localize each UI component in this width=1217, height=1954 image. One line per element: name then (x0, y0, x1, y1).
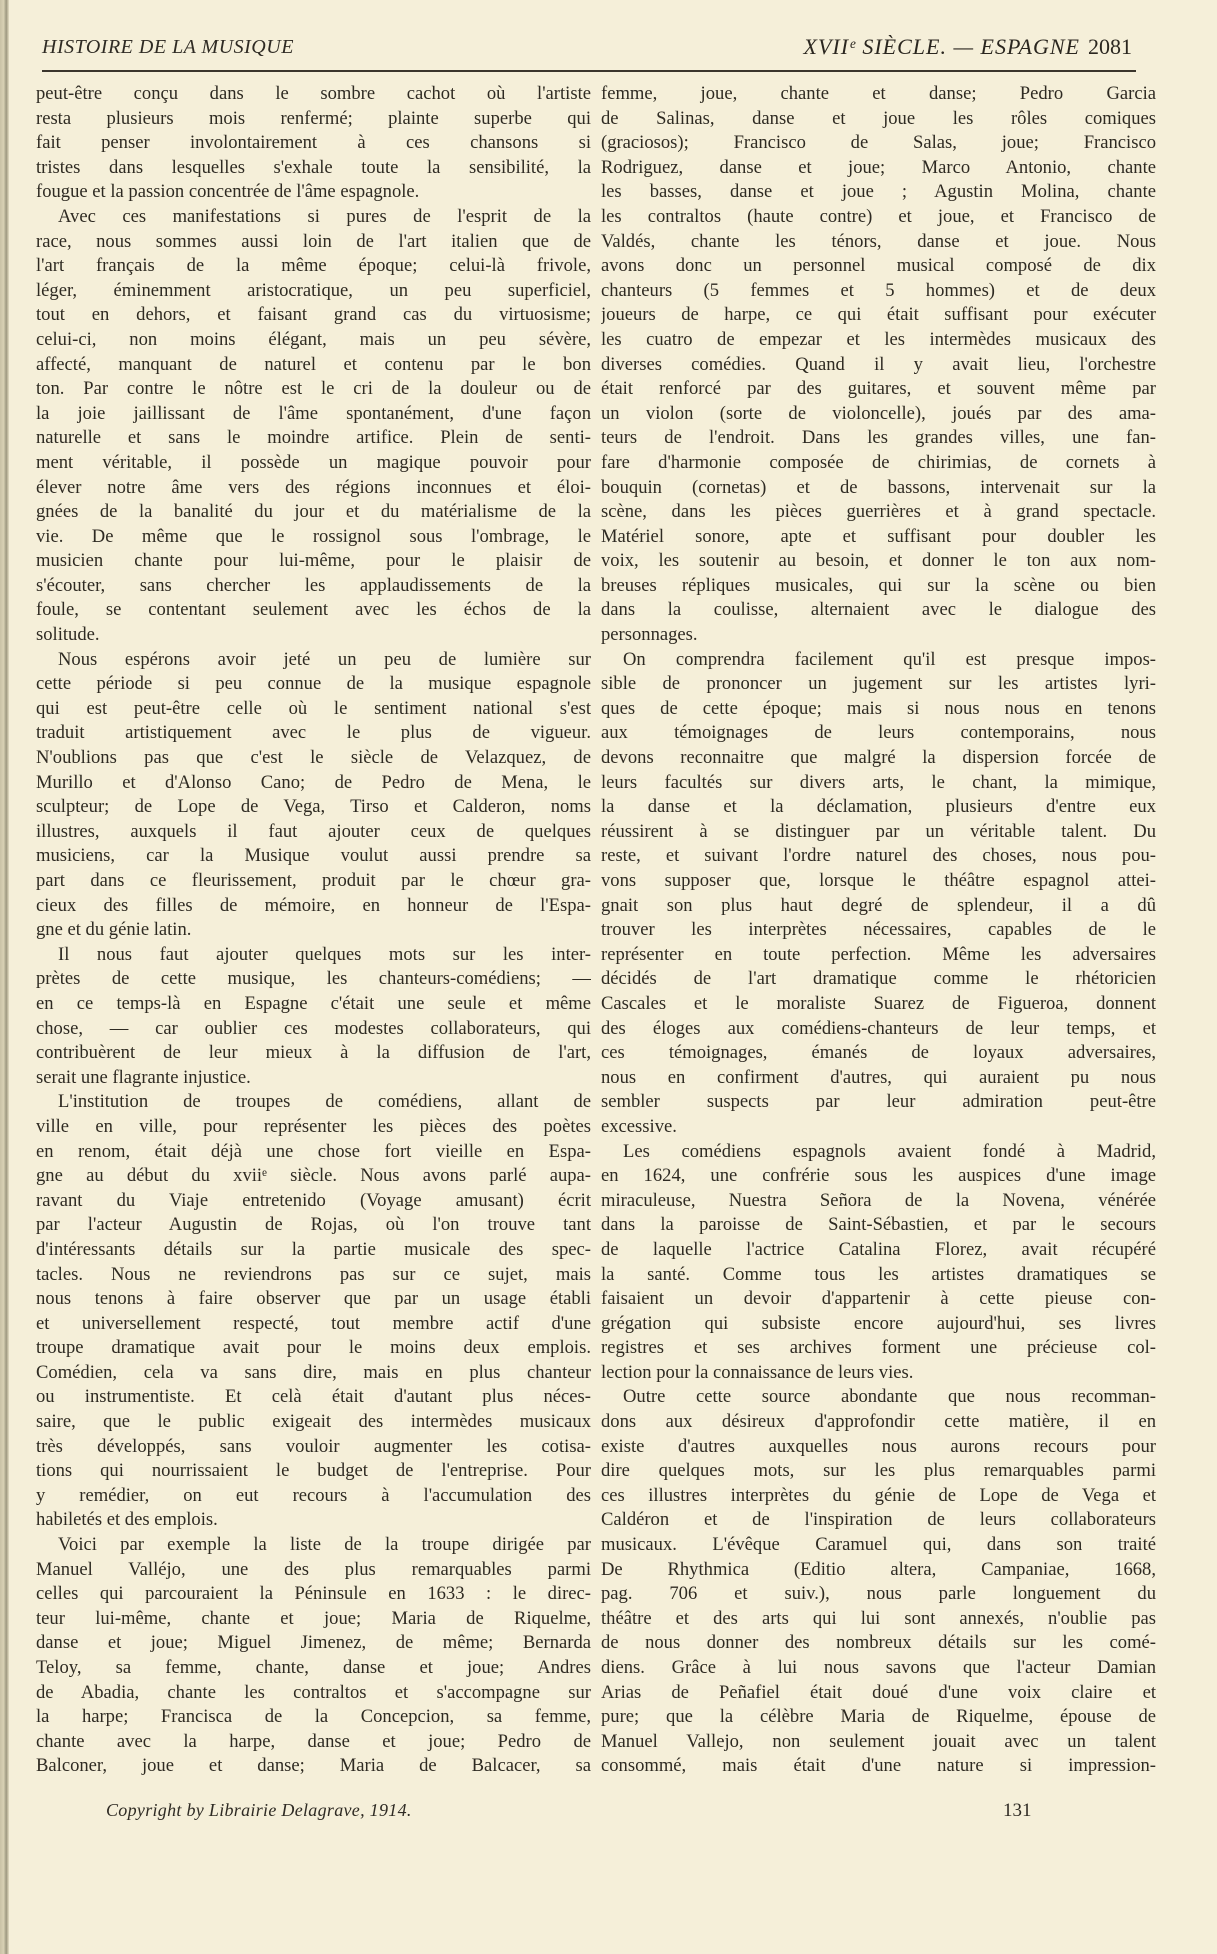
text-line: un violon (sorte de violoncelle), joués … (601, 402, 1156, 427)
text-line: diverses comédies. Quand il y avait lieu… (601, 353, 1156, 378)
text-line: Manuel Vallejo, non seulement jouait ave… (601, 1730, 1156, 1755)
left-text-column: peut-être conçu dans le sombre cachot où… (36, 82, 591, 1779)
text-line: trouver les interprètes nécessaires, cap… (601, 918, 1156, 943)
text-line: chose, — car oublier ces modestes collab… (36, 1017, 591, 1042)
text-line: gne au début du xviiᵉ siècle. Nous avons… (36, 1164, 591, 1189)
text-line: sculpteur; de Lope de Vega, Tirso et Cal… (36, 795, 591, 820)
text-line: les basses, danse et joue ; Agustin Moli… (601, 180, 1156, 205)
text-line: danse et joue; Miguel Jimenez, de même; … (36, 1631, 591, 1656)
text-line: excessive. (601, 1115, 1156, 1140)
text-line: y remédier, on eut recours à l'accumulat… (36, 1484, 591, 1509)
text-line: joueurs de harpe, ce qui était suffisant… (601, 303, 1156, 328)
text-line: traduit artistiquement avec le plus de v… (36, 721, 591, 746)
text-line: resta plusieurs mois renfermé; plainte s… (36, 107, 591, 132)
text-line: Outre cette source abondante que nous re… (601, 1385, 1156, 1410)
text-line: avons donc un personnel musical composé … (601, 254, 1156, 279)
text-line: miraculeuse, Nuestra Señora de la Novena… (601, 1189, 1156, 1214)
text-line: Il nous faut ajouter quelques mots sur l… (36, 943, 591, 968)
text-line: était renforcé par des guitares, et souv… (601, 377, 1156, 402)
text-line: lection pour la connaissance de leurs vi… (601, 1361, 1156, 1386)
text-line: affecté, manquant de naturel et contenu … (36, 353, 591, 378)
text-line: Caldéron et de l'inspiration de leurs co… (601, 1508, 1156, 1533)
text-line: Balconer, joue et danse; Maria de Balcac… (36, 1754, 591, 1779)
text-line: existe d'autres auxquelles nous aurons r… (601, 1435, 1156, 1460)
text-line: devons reconnaitre que malgré la dispers… (601, 746, 1156, 771)
text-line: la harpe; Francisca de la Concepcion, sa… (36, 1705, 591, 1730)
text-line: vie. De même que le rossignol sous l'omb… (36, 525, 591, 550)
text-line: celui-ci, non moins élégant, mais un peu… (36, 328, 591, 353)
text-line: breuses répliques musicales, qui sur la … (601, 574, 1156, 599)
text-line: dans la coulisse, alternaient avec le di… (601, 598, 1156, 623)
text-line: représenter en toute perfection. Même le… (601, 943, 1156, 968)
text-line: décidés de l'art dramatique comme le rhé… (601, 967, 1156, 992)
text-line: l'art français de la même époque; celui-… (36, 254, 591, 279)
text-line: faisaient un devoir d'appartenir à cette… (601, 1287, 1156, 1312)
text-line: contribuèrent de leur mieux à la diffusi… (36, 1041, 591, 1066)
text-line: fare d'harmonie composée de chirimias, d… (601, 451, 1156, 476)
text-line: en 1624, une confrérie sous les auspices… (601, 1164, 1156, 1189)
text-line: voix, les soutenir au besoin, et donner … (601, 549, 1156, 574)
text-line: ton. Par contre le nôtre est le cri de l… (36, 377, 591, 402)
text-line: ques de cette époque; mais si nous nous … (601, 697, 1156, 722)
text-line: chante avec la harpe, danse et joue; Ped… (36, 1730, 591, 1755)
text-line: sembler suspects par leur admiration peu… (601, 1090, 1156, 1115)
text-line: foule, se contentant seulement avec les … (36, 598, 591, 623)
text-line: Arias de Peñafiel était doué d'une voix … (601, 1681, 1156, 1706)
header-rule (42, 70, 1136, 72)
text-line: habiletés et des emplois. (36, 1508, 591, 1533)
text-line: serait une flagrante injustice. (36, 1066, 591, 1091)
text-line: race, nous sommes aussi loin de l'art it… (36, 230, 591, 255)
text-line: les cuatro de empezar et les intermèdes … (601, 328, 1156, 353)
text-line: dans la paroisse de Saint-Sébastien, et … (601, 1213, 1156, 1238)
text-line: gne et du génie latin. (36, 918, 591, 943)
text-line: L'institution de troupes de comédiens, a… (36, 1090, 591, 1115)
text-line: Nous espérons avoir jeté un peu de lumiè… (36, 648, 591, 673)
text-line: chanteurs (5 femmes et 5 hommes) et de d… (601, 279, 1156, 304)
text-line: De Rhythmica (Editio altera, Campaniae, … (601, 1558, 1156, 1583)
text-line: la joie jaillissant de l'âme spontanémen… (36, 402, 591, 427)
text-line: peut-être conçu dans le sombre cachot où… (36, 82, 591, 107)
text-line: dire quelques mots, sur les plus remarqu… (601, 1459, 1156, 1484)
text-line: fougue et la passion concentrée de l'âme… (36, 180, 591, 205)
text-line: (graciosos); Francisco de Salas, joue; F… (601, 131, 1156, 156)
text-line: nous en confirment d'autres, qui auraien… (601, 1066, 1156, 1091)
text-line: Teloy, sa femme, chante, danse et joue; … (36, 1656, 591, 1681)
right-text-column: femme, joue, chante et danse; Pedro Garc… (601, 82, 1156, 1779)
page-header: Histoire de la musique XVIIᵉ SIÈCLE. — E… (42, 34, 1132, 64)
text-line: Matériel sonore, apte et suffisant pour … (601, 525, 1156, 550)
text-line: et universellement respecté, tout membre… (36, 1312, 591, 1337)
text-line: réussirent à se distinguer par un vérita… (601, 820, 1156, 845)
text-line: fait penser involontairement à ces chans… (36, 131, 591, 156)
text-line: en renom, était déjà une chose fort viei… (36, 1140, 591, 1165)
text-line: la santé. Comme tous les artistes dramat… (601, 1263, 1156, 1288)
text-line: teur lui-même, chante et joue; Maria de … (36, 1607, 591, 1632)
text-line: musiciens, car la Musique voulut aussi p… (36, 844, 591, 869)
text-line: Avec ces manifestations si pures de l'es… (36, 205, 591, 230)
text-line: consommé, mais était d'une nature si imp… (601, 1754, 1156, 1779)
text-line: grégation qui subsiste encore aujourd'hu… (601, 1312, 1156, 1337)
text-line: de Salinas, danse et joue les rôles comi… (601, 107, 1156, 132)
text-line: s'écouter, sans chercher les applaudisse… (36, 574, 591, 599)
text-line: ment véritable, il possède un magique po… (36, 451, 591, 476)
text-line: Voici par exemple la liste de la troupe … (36, 1533, 591, 1558)
sheet-folio-number: 131 (1003, 1800, 1032, 1822)
text-line: vons supposer que, lorsque le théâtre es… (601, 869, 1156, 894)
text-line: Les comédiens espagnols avaient fondé à … (601, 1140, 1156, 1165)
text-line: dons aux désireux d'approfondir cette ma… (601, 1410, 1156, 1435)
text-line: aux témoignages de leurs contemporains, … (601, 721, 1156, 746)
text-line: saire, que le public exigeait des interm… (36, 1410, 591, 1435)
text-line: illustres, auxquels il faut ajouter ceux… (36, 820, 591, 845)
text-line: femme, joue, chante et danse; Pedro Garc… (601, 82, 1156, 107)
text-line: tions qui nourrissaient le budget de l'e… (36, 1459, 591, 1484)
text-line: solitude. (36, 623, 591, 648)
text-line: sible de prononcer un jugement sur les a… (601, 672, 1156, 697)
text-line: nous tenons à faire observer que par un … (36, 1287, 591, 1312)
book-binding-edge (0, 0, 9, 1954)
text-line: naturelle et sans le moindre artifice. P… (36, 426, 591, 451)
text-line: léger, éminemment aristocratique, un peu… (36, 279, 591, 304)
text-line: Cascales et le moraliste Suarez de Figue… (601, 992, 1156, 1017)
text-line: Manuel Valléjo, une des plus remarquable… (36, 1558, 591, 1583)
text-line: Rodriguez, danse et joue; Marco Antonio,… (601, 156, 1156, 181)
text-line: de Abadia, chante les contraltos et s'ac… (36, 1681, 591, 1706)
copyright-notice: Copyright by Librairie Delagrave, 1914. (106, 1800, 412, 1821)
text-line: prètes de cette musique, les chanteurs-c… (36, 967, 591, 992)
text-line: d'intéressants détails sur la partie mus… (36, 1238, 591, 1263)
text-line: cieux des filles de mémoire, en honneur … (36, 894, 591, 919)
text-line: par l'acteur Augustin de Rojas, où l'on … (36, 1213, 591, 1238)
text-line: scène, dans les pièces guerrières et à g… (601, 500, 1156, 525)
text-line: N'oublions pas que c'est le siècle de Ve… (36, 746, 591, 771)
text-line: cette période si peu connue de la musiqu… (36, 672, 591, 697)
text-line: leurs facultés sur divers arts, le chant… (601, 771, 1156, 796)
text-line: musicien chante pour lui-même, pour le p… (36, 549, 591, 574)
text-line: Comédien, cela va sans dire, mais en plu… (36, 1361, 591, 1386)
text-line: Valdés, chante les ténors, danse et joue… (601, 230, 1156, 255)
section-title: XVIIᵉ SIÈCLE. — ESPAGNE (804, 34, 1080, 60)
text-line: ces témoignages, émanés de loyaux advers… (601, 1041, 1156, 1066)
text-line: en ce temps-là en Espagne c'était une se… (36, 992, 591, 1017)
text-line: théâtre et des arts qui lui sont annexés… (601, 1607, 1156, 1632)
text-line: bouquin (cornetas) et de bassons, interv… (601, 476, 1156, 501)
text-line: élever notre âme vers des régions inconn… (36, 476, 591, 501)
text-line: reste, et suivant l'ordre naturel des ch… (601, 844, 1156, 869)
text-line: la danse et la déclamation, plusieurs d'… (601, 795, 1156, 820)
text-line: diens. Grâce à lui nous savons que l'act… (601, 1656, 1156, 1681)
text-line: ravant du Viaje entretenido (Voyage amus… (36, 1189, 591, 1214)
text-line: très développés, sans vouloir augmenter … (36, 1435, 591, 1460)
text-line: ville en ville, pour représenter les piè… (36, 1115, 591, 1140)
page-number: 2081 (1088, 34, 1132, 60)
text-line: gnait son plus haut degré de splendeur, … (601, 894, 1156, 919)
text-line: part dans ce fleurissement, produit par … (36, 869, 591, 894)
text-line: celles qui parcouraient la Péninsule en … (36, 1582, 591, 1607)
text-line: pag. 706 et suiv.), nous parle longuemen… (601, 1582, 1156, 1607)
text-line: teurs de l'endroit. Dans les grandes vil… (601, 426, 1156, 451)
text-line: tacles. Nous ne reviendrons pas sur ce s… (36, 1263, 591, 1288)
text-line: troupe dramatique avait pour le moins de… (36, 1336, 591, 1361)
text-line: musicaux. L'évêque Caramuel qui, dans so… (601, 1533, 1156, 1558)
text-line: qui est peut-être celle où le sentiment … (36, 697, 591, 722)
text-line: gnées de la banalité du jour et du matér… (36, 500, 591, 525)
text-line: On comprendra facilement qu'il est presq… (601, 648, 1156, 673)
text-line: registres et ses archives forment une pr… (601, 1336, 1156, 1361)
text-line: ou instrumentiste. Et celà était d'autan… (36, 1385, 591, 1410)
text-line: des éloges aux comédiens-chanteurs de le… (601, 1017, 1156, 1042)
text-line: de laquelle l'actrice Catalina Florez, a… (601, 1238, 1156, 1263)
text-line: ces illustres interprètes du génie de Lo… (601, 1484, 1156, 1509)
text-line: de nous donner des nombreux détails sur … (601, 1631, 1156, 1656)
running-title: Histoire de la musique (42, 36, 294, 59)
text-line: Murillo et d'Alonso Cano; de Pedro de Me… (36, 771, 591, 796)
text-line: personnages. (601, 623, 1156, 648)
text-line: tristes dans lesquelles s'exhale toute l… (36, 156, 591, 181)
text-line: tout en dehors, et faisant grand cas du … (36, 303, 591, 328)
text-line: pure; que la célèbre Maria de Riquelme, … (601, 1705, 1156, 1730)
text-line: les contraltos (haute contre) et joue, e… (601, 205, 1156, 230)
